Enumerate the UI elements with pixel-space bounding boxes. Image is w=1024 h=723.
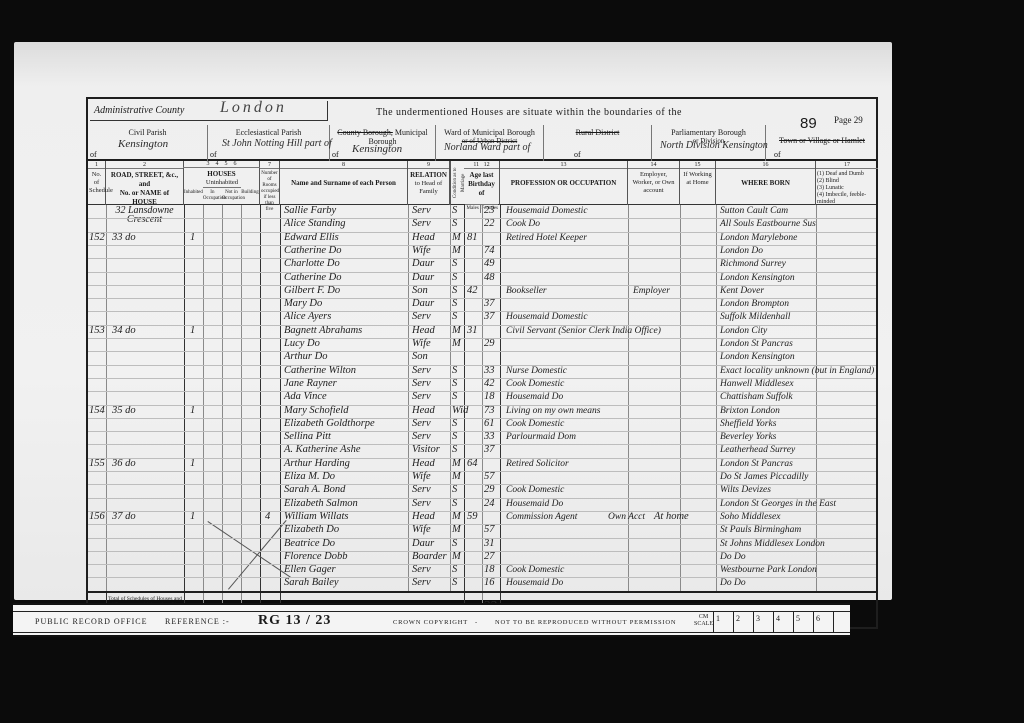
birthplace-cell: London Kensington: [720, 271, 795, 285]
table-row: Ellen GagerServS18Cook DomesticWestbourn…: [88, 564, 876, 577]
relation-cell: Daur: [412, 257, 434, 271]
page-number: Page 29: [834, 115, 863, 125]
col-label: RELATION: [410, 171, 447, 179]
birthplace-cell: Kent Dover: [720, 284, 764, 298]
col-14-header: 14Employer, Worker, or Own account: [628, 161, 680, 205]
condition-cell: S: [452, 576, 457, 590]
age-male-cell: 81: [467, 231, 478, 245]
copyright: CROWN COPYRIGHT: [393, 619, 468, 626]
table-row: 15334 do1Bagnett AbrahamsHeadM31Civil Se…: [88, 325, 876, 338]
table-row: Catherine DoDaurS48London Kensington: [88, 272, 876, 285]
condition-cell: S: [452, 271, 457, 285]
birthplace-cell: Do Do: [720, 576, 746, 590]
relation-cell: Serv: [412, 390, 431, 404]
uninhabited-label: Uninhabited: [203, 179, 241, 188]
birthplace-cell: Sutton Cault Cam: [720, 204, 788, 218]
ecclesiastical-parish-label: Ecclesiastical Parish: [208, 128, 329, 137]
table-row: Sellina PittServS33Parlourmaid DomBeverl…: [88, 431, 876, 444]
person-name: Arthur Do: [284, 350, 327, 364]
condition-cell: M: [452, 523, 461, 537]
occupation-cell: Cook Domestic: [506, 563, 564, 577]
condition-cell: M: [452, 457, 461, 471]
relation-cell: Wife: [412, 337, 431, 351]
col-label: No. or NAME of HOUSE: [120, 189, 169, 206]
col-label: ROAD, STREET, &c., and: [111, 171, 178, 188]
scale-mark: 3: [753, 612, 773, 632]
age-female-cell: 74: [484, 244, 495, 258]
condition-cell: S: [452, 443, 457, 457]
scale-mark: 1: [713, 612, 733, 632]
birthplace-cell: London Do: [720, 244, 763, 258]
rooms-cell: 4: [265, 510, 270, 524]
employment-cell: Employer: [633, 284, 670, 298]
cm-scale-label: CMSCALE: [694, 614, 713, 628]
table-row: Sarah A. BondServS29Cook DomesticWilts D…: [88, 484, 876, 497]
age-female-cell: 37: [484, 443, 495, 457]
age-female-cell: 33: [484, 364, 495, 378]
ecclesiastical-parish-value: St John Notting Hill part of: [222, 138, 332, 149]
col-label: Employer, Worker, or Own account: [633, 171, 675, 194]
age-female-cell: 16: [484, 576, 495, 590]
col-11-12-header: 11 12Age last Birthday of MalesFemales: [464, 161, 500, 205]
intro-text: The undermentioned Houses are situate wi…: [376, 107, 682, 118]
person-name: Catherine Wilton: [284, 364, 356, 378]
age-female-cell: 29: [484, 483, 495, 497]
schedule-number-cell: 155: [89, 457, 105, 471]
of-label: of: [574, 150, 581, 159]
occupation-cell: Housemaid Domestic: [506, 310, 588, 324]
age-female-cell: 57: [484, 470, 495, 484]
relation-cell: Serv: [412, 310, 431, 324]
table-row: Alice AyersServS37Housemaid DomesticSuff…: [88, 311, 876, 324]
age-female-cell: 18: [484, 390, 495, 404]
age-female-cell: 31: [484, 537, 495, 551]
table-row: 15536 do1Arthur HardingHeadM64Retired So…: [88, 458, 876, 471]
census-rows: Sallie FarbyServS23Housemaid DomesticSut…: [88, 205, 876, 591]
age-female-cell: 18: [484, 563, 495, 577]
ward: Ward of Municipal Borough or of Urban Di…: [436, 125, 544, 161]
age-female-cell: 29: [484, 337, 495, 351]
person-name: Eliza M. Do: [284, 470, 335, 484]
relation-cell: Head: [412, 457, 435, 471]
birthplace-cell: Hanwell Middlesex: [720, 377, 794, 391]
person-name: Florence Dobb: [284, 550, 347, 564]
birthplace-cell: London St Georges in the East: [720, 497, 836, 511]
table-row: Mary DoDaurS37London Brompton: [88, 298, 876, 311]
condition-cell: S: [452, 217, 457, 231]
col-17-header: 17 (1) Deaf and Dumb (2) Blind (3) Lunat…: [816, 161, 878, 205]
census-page: Administrative County London The underme…: [14, 42, 892, 600]
inhabited-cell: 1: [190, 324, 195, 338]
employment-cell: Own Acct: [608, 510, 645, 524]
relation-cell: Head: [412, 510, 435, 524]
condition-cell: S: [452, 204, 457, 218]
houses-label: HOUSES: [207, 170, 235, 178]
person-name: Ada Vince: [284, 390, 327, 404]
birthplace-cell: Brixton London: [720, 404, 780, 418]
municipal-borough: County Borough, Municipal Borough Kensin…: [330, 125, 436, 161]
occupation-cell: Living on my own means: [506, 404, 600, 418]
dash: -: [475, 619, 478, 626]
occupation-cell: Retired Hotel Keeper: [506, 231, 587, 245]
occupation-cell: Housemaid Do: [506, 576, 563, 590]
parliamentary-borough-label: Parliamentary Borough: [652, 128, 765, 137]
table-row: Ada VinceServS18Housemaid DoChattisham S…: [88, 391, 876, 404]
birthplace-cell: London St Pancras: [720, 457, 793, 471]
occupation-cell: Cook Domestic: [506, 483, 564, 497]
address-cell: 35 do: [112, 404, 136, 418]
administrative-county-label: Administrative County: [94, 105, 184, 116]
schedule-number-cell: 154: [89, 404, 105, 418]
col-label: Age last Birthday of: [468, 171, 495, 197]
col-9-header: 9RELATIONto Head of Family: [408, 161, 450, 205]
of-label: of: [90, 150, 97, 159]
municipal-borough-value: Kensington: [352, 143, 402, 155]
table-row: Sallie FarbyServS23Housemaid DomesticSut…: [88, 205, 876, 218]
birthplace-cell: Wilts Devizes: [720, 483, 771, 497]
birthplace-cell: Sheffield Yorks: [720, 417, 776, 431]
age-female-cell: 37: [484, 297, 495, 311]
age-female-cell: 57: [484, 523, 495, 537]
relation-cell: Wife: [412, 523, 431, 537]
scale-mark: 5: [793, 612, 813, 632]
table-row: Catherine DoWifeM74London Do: [88, 245, 876, 258]
rural-district: Rural District of: [544, 125, 652, 161]
age-male-cell: 64: [467, 457, 478, 471]
relation-cell: Boarder: [412, 550, 447, 564]
table-row: Catherine WiltonServS33Nurse DomesticExa…: [88, 365, 876, 378]
address-cell: 34 do: [112, 324, 136, 338]
col-label: If Working at Home: [683, 171, 711, 186]
table-row: A. Katherine AsheVisitorS37Leatherhead S…: [88, 444, 876, 457]
person-name: Elizabeth Do: [284, 523, 339, 537]
col-label: Inhabited: [184, 190, 203, 202]
occupation-cell: Cook Do: [506, 217, 540, 231]
occupation-cell: Cook Domestic: [506, 377, 564, 391]
inhabited-cell: 1: [190, 510, 195, 524]
person-name: Elizabeth Salmon: [284, 497, 358, 511]
inhabited-cell: 1: [190, 404, 195, 418]
age-female-cell: 37: [484, 310, 495, 324]
col-label: WHERE BORN: [741, 179, 790, 187]
condition-cell: M: [452, 324, 461, 338]
table-row: 15233 do1Edward EllisHeadM81Retired Hote…: [88, 232, 876, 245]
town-village: Town or Village or Hamlet of: [766, 125, 878, 161]
col-label: Not in Occupation: [222, 190, 241, 202]
rural-district-label: Rural District: [544, 128, 651, 137]
col-1-header: 1No. of Schedule: [88, 161, 106, 205]
condition-cell: M: [452, 231, 461, 245]
person-name: Elizabeth Goldthorpe: [284, 417, 375, 431]
birthplace-cell: London Kensington: [720, 350, 795, 364]
birthplace-cell: St Pauls Birmingham: [720, 523, 801, 537]
table-row: Eliza M. DoWifeM57Do St James Piccadilly: [88, 471, 876, 484]
table-row: Charlotte DoDaurS49Richmond Surrey: [88, 258, 876, 271]
table-row: Gilbert F. DoSonS42BooksellerEmployerKen…: [88, 285, 876, 298]
person-name: Beatrice Do: [284, 537, 335, 551]
col-label: to Head of Family: [415, 180, 442, 195]
scale-mark: [833, 612, 860, 632]
col-2-header: 2ROAD, STREET, &c., andNo. or NAME of HO…: [106, 161, 184, 205]
of-label: of: [332, 150, 339, 159]
occupation-cell: Commission Agent: [506, 510, 577, 524]
relation-cell: Son: [412, 350, 428, 364]
relation-cell: Wife: [412, 244, 431, 258]
age-male-cell: 59: [467, 510, 478, 524]
condition-cell: M: [452, 550, 461, 564]
table-row: Alice StandingServS22Cook DoAll Souls Ea…: [88, 218, 876, 231]
relation-cell: Daur: [412, 537, 434, 551]
administrative-county: Administrative County London: [90, 101, 328, 121]
age-female-cell: 49: [484, 257, 495, 271]
scale-mark: 2: [733, 612, 753, 632]
of-label: of: [774, 150, 781, 159]
condition-cell: S: [452, 390, 457, 404]
birthplace-cell: London Marylebone: [720, 231, 797, 245]
person-name: Sarah Bailey: [284, 576, 339, 590]
age-male-cell: 31: [467, 324, 478, 338]
age-male-cell: 42: [467, 284, 478, 298]
ward-label: Ward of Municipal Borough: [436, 128, 543, 137]
occupation-cell: Parlourmaid Dom: [506, 430, 576, 444]
relation-cell: Serv: [412, 217, 431, 231]
condition-cell: S: [452, 497, 457, 511]
table-row: Elizabeth SalmonServS24Housemaid DoLondo…: [88, 498, 876, 511]
age-female-cell: 33: [484, 430, 495, 444]
birthplace-cell: All Souls Eastbourne Sus: [720, 217, 816, 231]
relation-cell: Visitor: [412, 443, 440, 457]
civil-parish-label: Civil Parish: [88, 128, 207, 137]
table-row: 15435 do1Mary SchofieldHeadWid73Living o…: [88, 405, 876, 418]
condition-cell: Wid: [452, 404, 468, 418]
birthplace-cell: Beverley Yorks: [720, 430, 776, 444]
col-13-header: 13PROFESSION OR OCCUPATION: [500, 161, 628, 205]
col-15-header: 15If Working at Home: [680, 161, 716, 205]
age-female-cell: 23: [484, 204, 495, 218]
table-row: Jane RaynerServS42Cook DomesticHanwell M…: [88, 378, 876, 391]
occupation-cell: Nurse Domestic: [506, 364, 567, 378]
birthplace-cell: Do Do: [720, 550, 746, 564]
condition-cell: S: [452, 563, 457, 577]
birthplace-cell: Suffolk Mildenhall: [720, 310, 790, 324]
birthplace-cell: Westbourne Park London: [720, 563, 817, 577]
address-cell: 33 do: [112, 231, 136, 245]
houses-header: 3 4 5 6 HOUSES Uninhabited Inhabited In …: [184, 161, 260, 205]
col-label: In Occupation: [203, 190, 222, 202]
table-row: 15637 do14William WillatsHeadM59Commissi…: [88, 511, 876, 524]
occupation-cell: Housemaid Domestic: [506, 204, 588, 218]
condition-cell: S: [452, 257, 457, 271]
col-label: PROFESSION OR OCCUPATION: [511, 179, 617, 187]
schedule-number-cell: 156: [89, 510, 105, 524]
person-name: Ellen Gager: [284, 563, 336, 577]
birthplace-cell: Richmond Surrey: [720, 257, 786, 271]
age-female-cell: 73: [484, 404, 495, 418]
census-form: Administrative County London The underme…: [86, 97, 878, 629]
condition-cell: S: [452, 417, 457, 431]
person-name: Charlotte Do: [284, 257, 340, 271]
condition-cell: M: [452, 470, 461, 484]
person-name: Lucy Do: [284, 337, 320, 351]
table-row: Arthur DoSonLondon Kensington: [88, 351, 876, 364]
relation-cell: Wife: [412, 470, 431, 484]
at-home-cell: At home: [654, 510, 689, 524]
birthplace-cell: Do St James Piccadilly: [720, 470, 808, 484]
condition-cell: S: [452, 364, 457, 378]
relation-cell: Head: [412, 404, 435, 418]
town-village-label: Town or Village or Hamlet: [766, 128, 878, 145]
relation-cell: Serv: [412, 417, 431, 431]
age-female-cell: 22: [484, 217, 495, 231]
office-name: PUBLIC RECORD OFFICE: [35, 617, 147, 626]
column-headers: 1No. of Schedule 2ROAD, STREET, &c., and…: [88, 161, 876, 205]
inhabited-cell: 1: [190, 231, 195, 245]
address-cell: 36 do: [112, 457, 136, 471]
permission-notice: NOT TO BE REPRODUCED WITHOUT PERMISSION: [495, 619, 676, 626]
table-row: Beatrice DoDaurS31St Johns Middlesex Lon…: [88, 538, 876, 551]
condition-cell: S: [452, 537, 457, 551]
occupation-cell: Retired Solicitor: [506, 457, 569, 471]
col-label: Name and Surname of each Person: [291, 179, 396, 187]
relation-cell: Serv: [412, 377, 431, 391]
condition-cell: S: [452, 430, 457, 444]
relation-cell: Daur: [412, 297, 434, 311]
col-label: (3) Lunatic: [817, 185, 844, 191]
person-name: William Willats: [284, 510, 348, 524]
of-label: of: [210, 150, 217, 159]
condition-cell: S: [452, 284, 457, 298]
person-name: Catherine Do: [284, 271, 341, 285]
reference-label: REFERENCE :-: [165, 617, 230, 626]
relation-cell: Serv: [412, 563, 431, 577]
person-name: Sellina Pitt: [284, 430, 331, 444]
person-name: Sallie Farby: [284, 204, 336, 218]
table-row: Lucy DoWifeM29London St Pancras: [88, 338, 876, 351]
occupation-cell: Cook Domestic: [506, 417, 564, 431]
age-female-cell: 61: [484, 417, 495, 431]
condition-cell: S: [452, 483, 457, 497]
header-row-1: Administrative County London The underme…: [88, 99, 876, 124]
ward-value: Norland Ward part of: [444, 142, 530, 153]
relation-cell: Son: [412, 284, 428, 298]
col-label: (4) Imbecile, feeble-minded: [817, 192, 866, 205]
col-7-header: 7Number of Rooms occupied if less than f…: [260, 161, 280, 205]
relation-cell: Serv: [412, 576, 431, 590]
condition-cell: S: [452, 377, 457, 391]
col-label: (2) Blind: [817, 178, 839, 184]
col-label: (1) Deaf and Dumb: [817, 171, 864, 177]
birthplace-cell: Soho Middlesex: [720, 510, 780, 524]
scale-mark: 6: [813, 612, 833, 632]
header-row-2: Civil Parish Kensington of Ecclesiastica…: [88, 125, 876, 161]
person-name: Bagnett Abrahams: [284, 324, 362, 338]
relation-cell: Head: [412, 231, 435, 245]
scale-mark: 4: [773, 612, 793, 632]
condition-cell: S: [452, 310, 457, 324]
civil-parish: Civil Parish Kensington of: [88, 125, 208, 161]
relation-cell: Daur: [412, 271, 434, 285]
reference-strip: PUBLIC RECORD OFFICE REFERENCE :- RG 13 …: [13, 603, 850, 637]
birthplace-cell: Chattisham Suffolk: [720, 390, 793, 404]
reference-number: RG 13 / 23: [258, 613, 331, 629]
person-name: Mary Do: [284, 297, 322, 311]
person-name: Alice Ayers: [284, 310, 331, 324]
col-16-header: 16WHERE BORN: [716, 161, 816, 205]
schedule-number-cell: 152: [89, 231, 105, 245]
birthplace-cell: London Brompton: [720, 297, 789, 311]
administrative-county-value: London: [220, 99, 287, 117]
condition-cell: M: [452, 244, 461, 258]
age-female-cell: 27: [484, 550, 495, 564]
relation-cell: Serv: [412, 204, 431, 218]
age-female-cell: 24: [484, 497, 495, 511]
occupation-cell: Bookseller: [506, 284, 547, 298]
col-label: Building: [241, 190, 259, 202]
relation-cell: Serv: [412, 430, 431, 444]
county-borough-struck: County Borough,: [337, 128, 393, 137]
person-name: Sarah A. Bond: [284, 483, 345, 497]
condition-cell: M: [452, 510, 461, 524]
table-row: Elizabeth GoldthorpeServS61Cook Domestic…: [88, 418, 876, 431]
person-name: Arthur Harding: [284, 457, 350, 471]
col-10-header: Condition as to Marriage: [450, 161, 464, 205]
birthplace-cell: Exact locality unknown (but in England): [720, 364, 874, 378]
person-name: Jane Rayner: [284, 377, 337, 391]
occupation-cell: Housemaid Do: [506, 497, 563, 511]
birthplace-cell: London St Pancras: [720, 337, 793, 351]
birthplace-cell: London City: [720, 324, 767, 338]
cm-label: CM: [699, 614, 708, 620]
col-8-header: 8Name and Surname of each Person: [280, 161, 408, 205]
age-female-cell: 42: [484, 377, 495, 391]
person-name: Alice Standing: [284, 217, 346, 231]
person-name: Catherine Do: [284, 244, 341, 258]
person-name: A. Katherine Ashe: [284, 443, 361, 457]
civil-parish-value: Kensington: [118, 138, 168, 150]
condition-cell: M: [452, 337, 461, 351]
relation-cell: Head: [412, 324, 435, 338]
address-cell: 37 do: [112, 510, 136, 524]
occupation-cell: Housemaid Do: [506, 390, 563, 404]
table-row: Elizabeth DoWifeM57St Pauls Birmingham: [88, 524, 876, 537]
person-name: Mary Schofield: [284, 404, 348, 418]
schedule-number-cell: 153: [89, 324, 105, 338]
parliamentary-borough: Parliamentary Borough or Division North …: [652, 125, 766, 161]
inhabited-cell: 1: [190, 457, 195, 471]
birthplace-cell: St Johns Middlesex London: [720, 537, 825, 551]
condition-cell: S: [452, 297, 457, 311]
table-row: Florence DobbBoarderM27Do Do: [88, 551, 876, 564]
relation-cell: Serv: [412, 497, 431, 511]
occupation-cell: Civil Servant (Senior Clerk India Office…: [506, 324, 661, 338]
relation-cell: Serv: [412, 483, 431, 497]
scale-label: SCALE: [694, 621, 713, 627]
birthplace-cell: Leatherhead Surrey: [720, 443, 795, 457]
ecclesiastical-parish: Ecclesiastical Parish St John Notting Hi…: [208, 125, 330, 161]
person-name: Edward Ellis: [284, 231, 339, 245]
person-name: Gilbert F. Do: [284, 284, 340, 298]
table-row: Sarah BaileyServS16Housemaid DoDo Do: [88, 577, 876, 590]
parliamentary-borough-value: North Division Kensington: [660, 140, 768, 151]
age-female-cell: 48: [484, 271, 495, 285]
relation-cell: Serv: [412, 364, 431, 378]
